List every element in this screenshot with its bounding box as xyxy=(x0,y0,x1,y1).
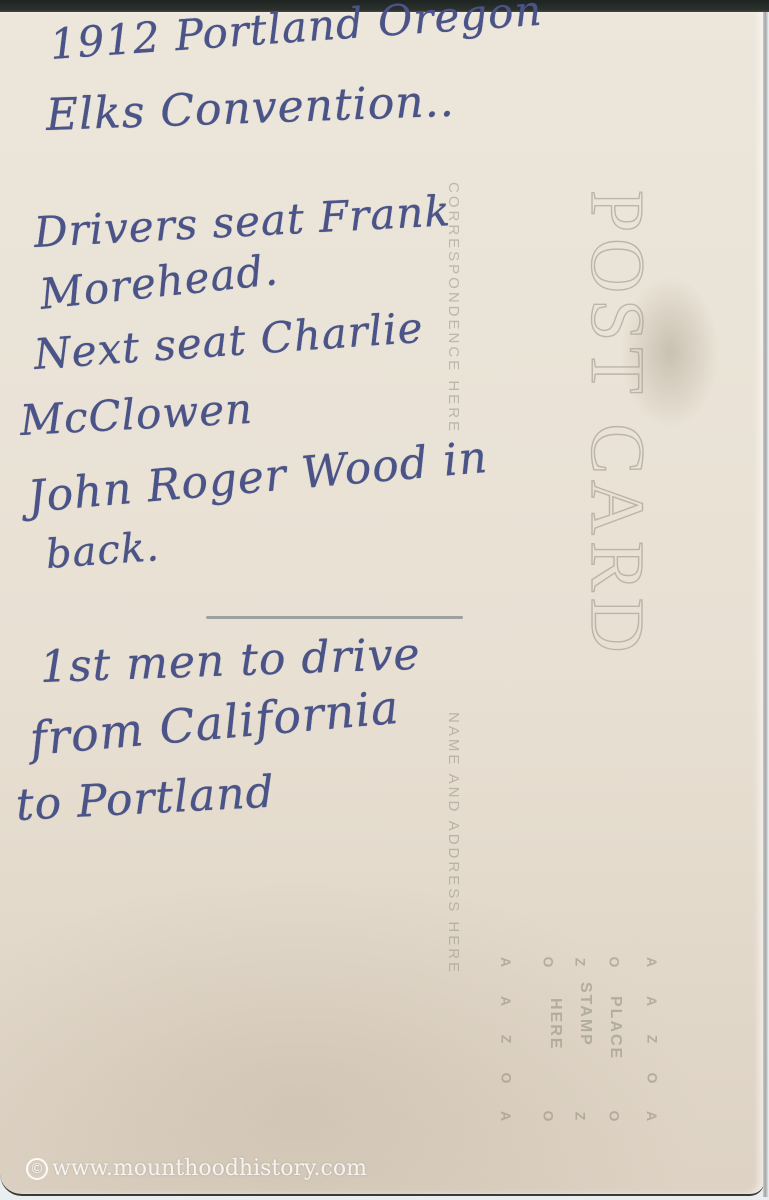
handwriting-line-8: back. xyxy=(44,524,161,578)
stamp-box: A A Z O A O O Z Z O O A A Z O A PLACE xyxy=(492,954,664,1124)
handwriting-line-10: from California xyxy=(28,680,402,766)
handwriting-line-2: Elks Convention.. xyxy=(45,76,455,141)
handwriting-line-5: Next seat Charlie xyxy=(32,303,425,379)
stamp-text-stamp: STAMP xyxy=(576,982,594,1047)
watermark-url: www.mounthoodhistory.com xyxy=(52,1156,367,1181)
stamp-text-here: HERE xyxy=(546,998,564,1050)
stamp-corner-marks-5: A A Z O A xyxy=(642,954,662,1124)
handwriting-line-6: McClowen xyxy=(19,384,254,445)
handwriting-line-3: Drivers seat Frank xyxy=(33,186,452,257)
handwriting-line-11: to Portland xyxy=(15,766,276,830)
postcard-back: POST CARD CORRESPONDENCE HERE NAME AND A… xyxy=(0,12,764,1196)
divider-line xyxy=(206,616,463,619)
address-label: NAME AND ADDRESS HERE xyxy=(445,712,462,975)
stamp-corner-marks-1: A A Z O A xyxy=(496,954,516,1124)
stamp-text-place: PLACE xyxy=(606,996,624,1060)
copyright-icon: © xyxy=(26,1158,48,1180)
copyright-watermark: © www.mounthoodhistory.com xyxy=(26,1156,367,1181)
scan-right-edge xyxy=(763,12,769,1197)
handwriting-line-7: John Roger Wood in xyxy=(26,432,490,523)
handwriting-line-4: Morehead. xyxy=(37,245,280,319)
postcard-title: POST CARD xyxy=(573,190,660,659)
